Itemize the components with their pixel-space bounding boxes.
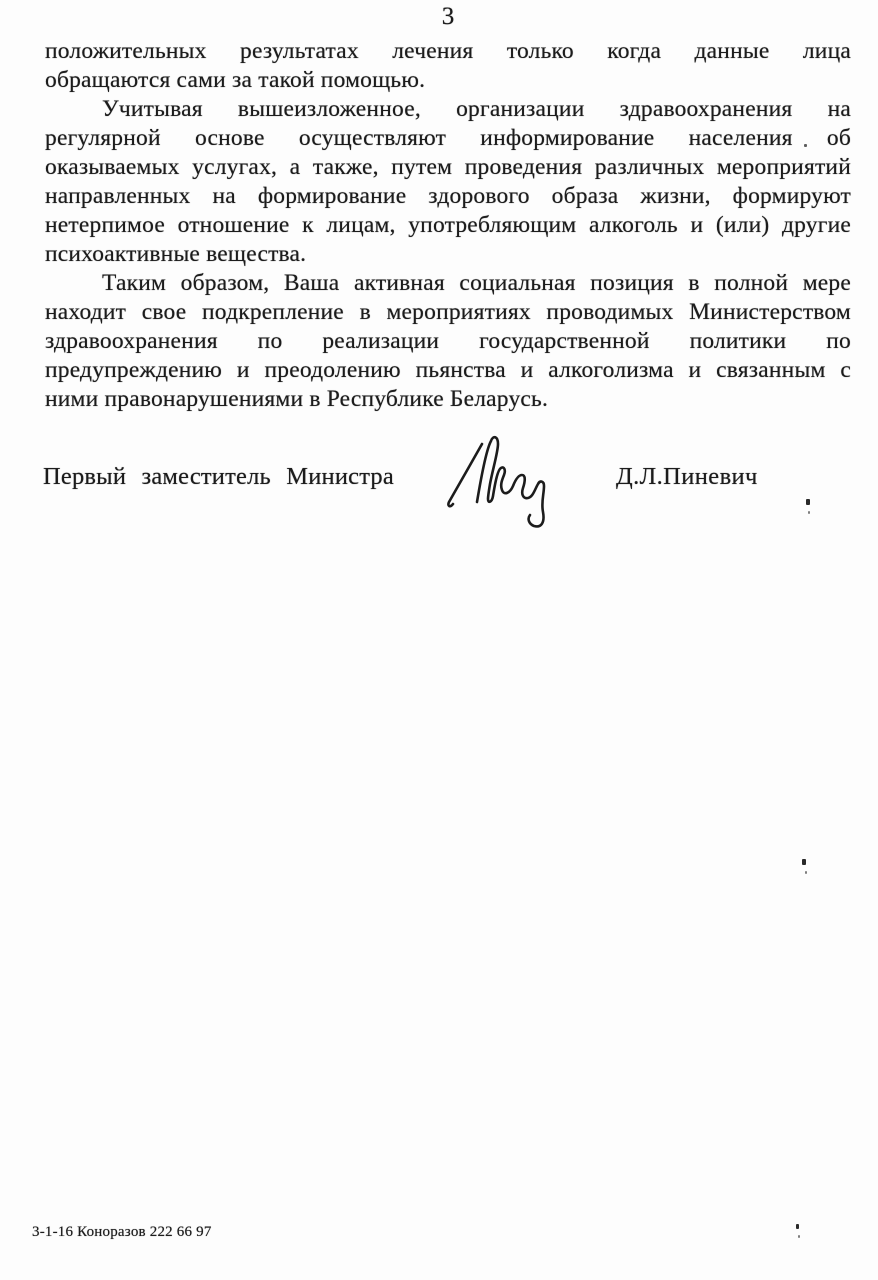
scan-artifact <box>796 1224 799 1229</box>
signature-scrawl <box>440 428 570 533</box>
scan-artifact <box>806 499 810 505</box>
signatory-name: Д.Л.Пиневич <box>616 462 758 491</box>
scan-artifact <box>798 1235 800 1238</box>
scan-artifact <box>802 859 806 865</box>
scanned-document-page: 3 положительных результатах лечения толь… <box>0 0 878 1280</box>
text-line: обращаются сами за такой помощью. <box>45 66 851 95</box>
text-line: положительных результатах лечения только… <box>45 37 851 66</box>
text-line: нетерпимое отношение к лицам, употребляю… <box>45 211 851 240</box>
text-line: Таким образом, Ваша активная социальная … <box>45 269 851 298</box>
document-body: положительных результатах лечения только… <box>45 37 851 414</box>
text-line: Учитывая вышеизложенное, организации здр… <box>45 95 851 124</box>
scan-artifact <box>805 871 807 874</box>
text-line: ними правонарушениями в Республике Белар… <box>45 385 851 414</box>
text-line: оказываемых услугах, а также, путем пров… <box>45 153 851 182</box>
text-line: регулярной основе осуществляют информиро… <box>45 124 851 153</box>
text-line: психоактивные вещества. <box>45 240 851 269</box>
paragraph: Учитывая вышеизложенное, организации здр… <box>45 95 851 269</box>
scan-artifact <box>804 144 807 147</box>
text-line: направленных на формирование здорового о… <box>45 182 851 211</box>
page-number: 3 <box>45 2 851 31</box>
signature-title: Первый заместитель Министра <box>43 462 394 491</box>
text-line: находит свое подкрепление в мероприятиях… <box>45 298 851 327</box>
text-line: предупреждению и преодолению пьянства и … <box>45 356 851 385</box>
paragraph: Таким образом, Ваша активная социальная … <box>45 269 851 414</box>
text-line: здравоохранения по реализации государств… <box>45 327 851 356</box>
paragraph: положительных результатах лечения только… <box>45 37 851 95</box>
footer-reference: 3-1-16 Коноразов 222 66 97 <box>32 1222 212 1242</box>
scan-artifact <box>808 511 810 514</box>
